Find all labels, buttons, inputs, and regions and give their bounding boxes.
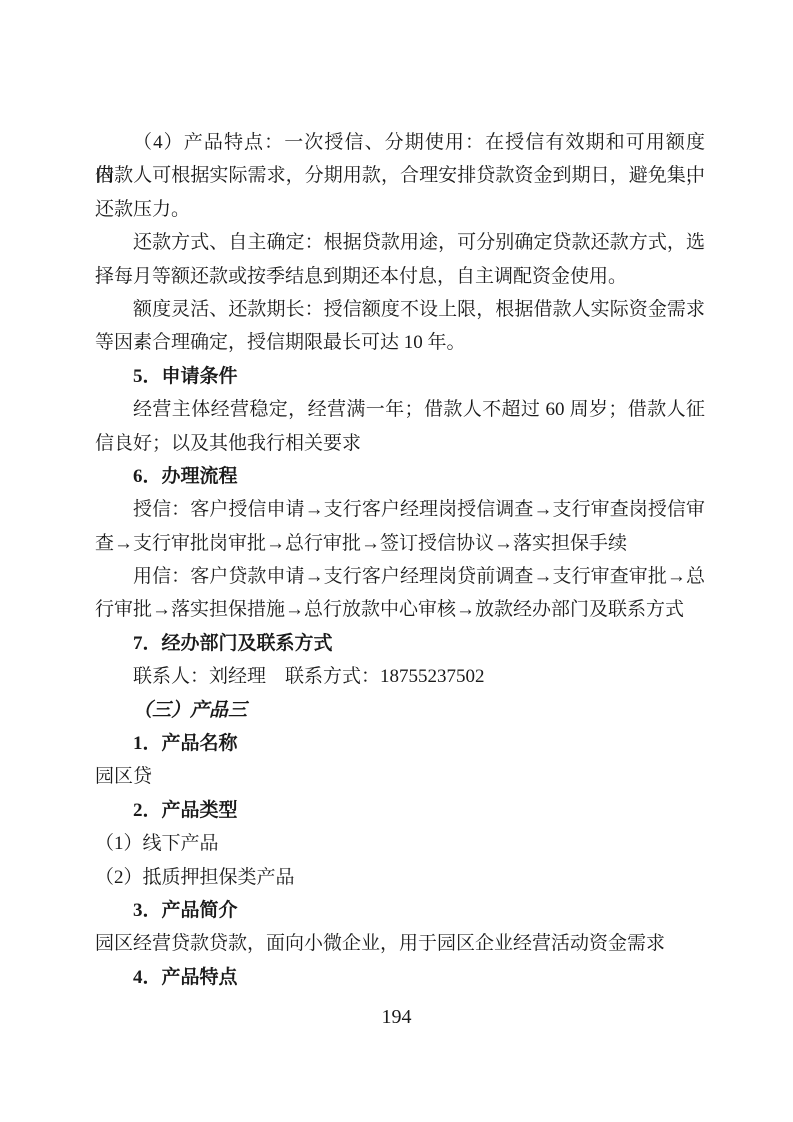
- paragraph-contact-info: 联系人：刘经理 联系方式：18755237502: [95, 660, 705, 693]
- heading-product-three: （三）产品三: [95, 694, 705, 727]
- text-line: （4）产品特点：一次授信、分期使用：在授信有效期和可用额度内，: [95, 126, 705, 159]
- paragraph-product-name: 园区贷: [95, 760, 705, 793]
- text-line: 查→支行审批岗审批→总行审批→签订授信协议→落实担保手续: [95, 527, 705, 560]
- paragraph-product-type-1: （1）线下产品: [95, 827, 705, 860]
- text-line: 信良好；以及其他我行相关要求: [95, 427, 705, 460]
- heading-text: （三）产品三: [95, 694, 705, 727]
- paragraph-application-conditions: 经营主体经营稳定，经营满一年；借款人不超过 60 周岁；借款人征 信良好；以及其…: [95, 393, 705, 460]
- text-line: 还款方式、自主确定：根据贷款用途，可分别确定贷款还款方式，选: [95, 226, 705, 259]
- text-line: （1）线下产品: [95, 827, 705, 860]
- heading-text: 3．产品简介: [95, 894, 705, 927]
- text-line: 借款人可根据实际需求，分期用款，合理安排贷款资金到期日，避免集中: [95, 159, 705, 192]
- paragraph-credit-limit: 额度灵活、还款期长：授信额度不设上限，根据借款人实际资金需求 等因素合理确定，授…: [95, 293, 705, 360]
- heading-process: 6．办理流程: [95, 460, 705, 493]
- heading-text: 5．申请条件: [95, 360, 705, 393]
- paragraph-product-feature-credit: （4）产品特点：一次授信、分期使用：在授信有效期和可用额度内， 借款人可根据实际…: [95, 126, 705, 226]
- text-line: 经营主体经营稳定，经营满一年；借款人不超过 60 周岁；借款人征: [95, 393, 705, 426]
- text-line: 等因素合理确定，授信期限最长可达 10 年。: [95, 326, 705, 359]
- document-content: （4）产品特点：一次授信、分期使用：在授信有效期和可用额度内， 借款人可根据实际…: [95, 126, 705, 994]
- paragraph-product-intro: 园区经营贷款贷款，面向小微企业，用于园区企业经营活动资金需求: [95, 927, 705, 960]
- heading-text: 7．经办部门及联系方式: [95, 627, 705, 660]
- heading-product-intro: 3．产品简介: [95, 894, 705, 927]
- paragraph-product-type-2: （2）抵质押担保类产品: [95, 861, 705, 894]
- heading-text: 6．办理流程: [95, 460, 705, 493]
- heading-product-name: 1．产品名称: [95, 727, 705, 760]
- paragraph-credit-process: 授信：客户授信申请→支行客户经理岗授信调查→支行审查岗授信审 查→支行审批岗审批…: [95, 493, 705, 560]
- heading-text: 4．产品特点: [95, 961, 705, 994]
- heading-text: 2．产品类型: [95, 794, 705, 827]
- document-page: （4）产品特点：一次授信、分期使用：在授信有效期和可用额度内， 借款人可根据实际…: [0, 0, 793, 1122]
- text-line: 园区贷: [95, 760, 705, 793]
- text-line: 择每月等额还款或按季结息到期还本付息，自主调配资金使用。: [95, 260, 705, 293]
- text-line: 额度灵活、还款期长：授信额度不设上限，根据借款人实际资金需求: [95, 293, 705, 326]
- heading-contact: 7．经办部门及联系方式: [95, 627, 705, 660]
- heading-text: 1．产品名称: [95, 727, 705, 760]
- heading-product-features: 4．产品特点: [95, 961, 705, 994]
- text-line: 园区经营贷款贷款，面向小微企业，用于园区企业经营活动资金需求: [95, 927, 705, 960]
- text-line: 还款压力。: [95, 193, 705, 226]
- page-number: 194: [0, 1006, 793, 1028]
- heading-application-conditions: 5．申请条件: [95, 360, 705, 393]
- text-line: 授信：客户授信申请→支行客户经理岗授信调查→支行审查岗授信审: [95, 493, 705, 526]
- paragraph-repayment-method: 还款方式、自主确定：根据贷款用途，可分别确定贷款还款方式，选 择每月等额还款或按…: [95, 226, 705, 293]
- text-line: 用信：客户贷款申请→支行客户经理岗贷前调查→支行审查审批→总: [95, 560, 705, 593]
- paragraph-loan-process: 用信：客户贷款申请→支行客户经理岗贷前调查→支行审查审批→总 行审批→落实担保措…: [95, 560, 705, 627]
- text-line: 行审批→落实担保措施→总行放款中心审核→放款经办部门及联系方式: [95, 593, 705, 626]
- heading-product-type: 2．产品类型: [95, 794, 705, 827]
- text-line: （2）抵质押担保类产品: [95, 861, 705, 894]
- text-line: 联系人：刘经理 联系方式：18755237502: [95, 660, 705, 693]
